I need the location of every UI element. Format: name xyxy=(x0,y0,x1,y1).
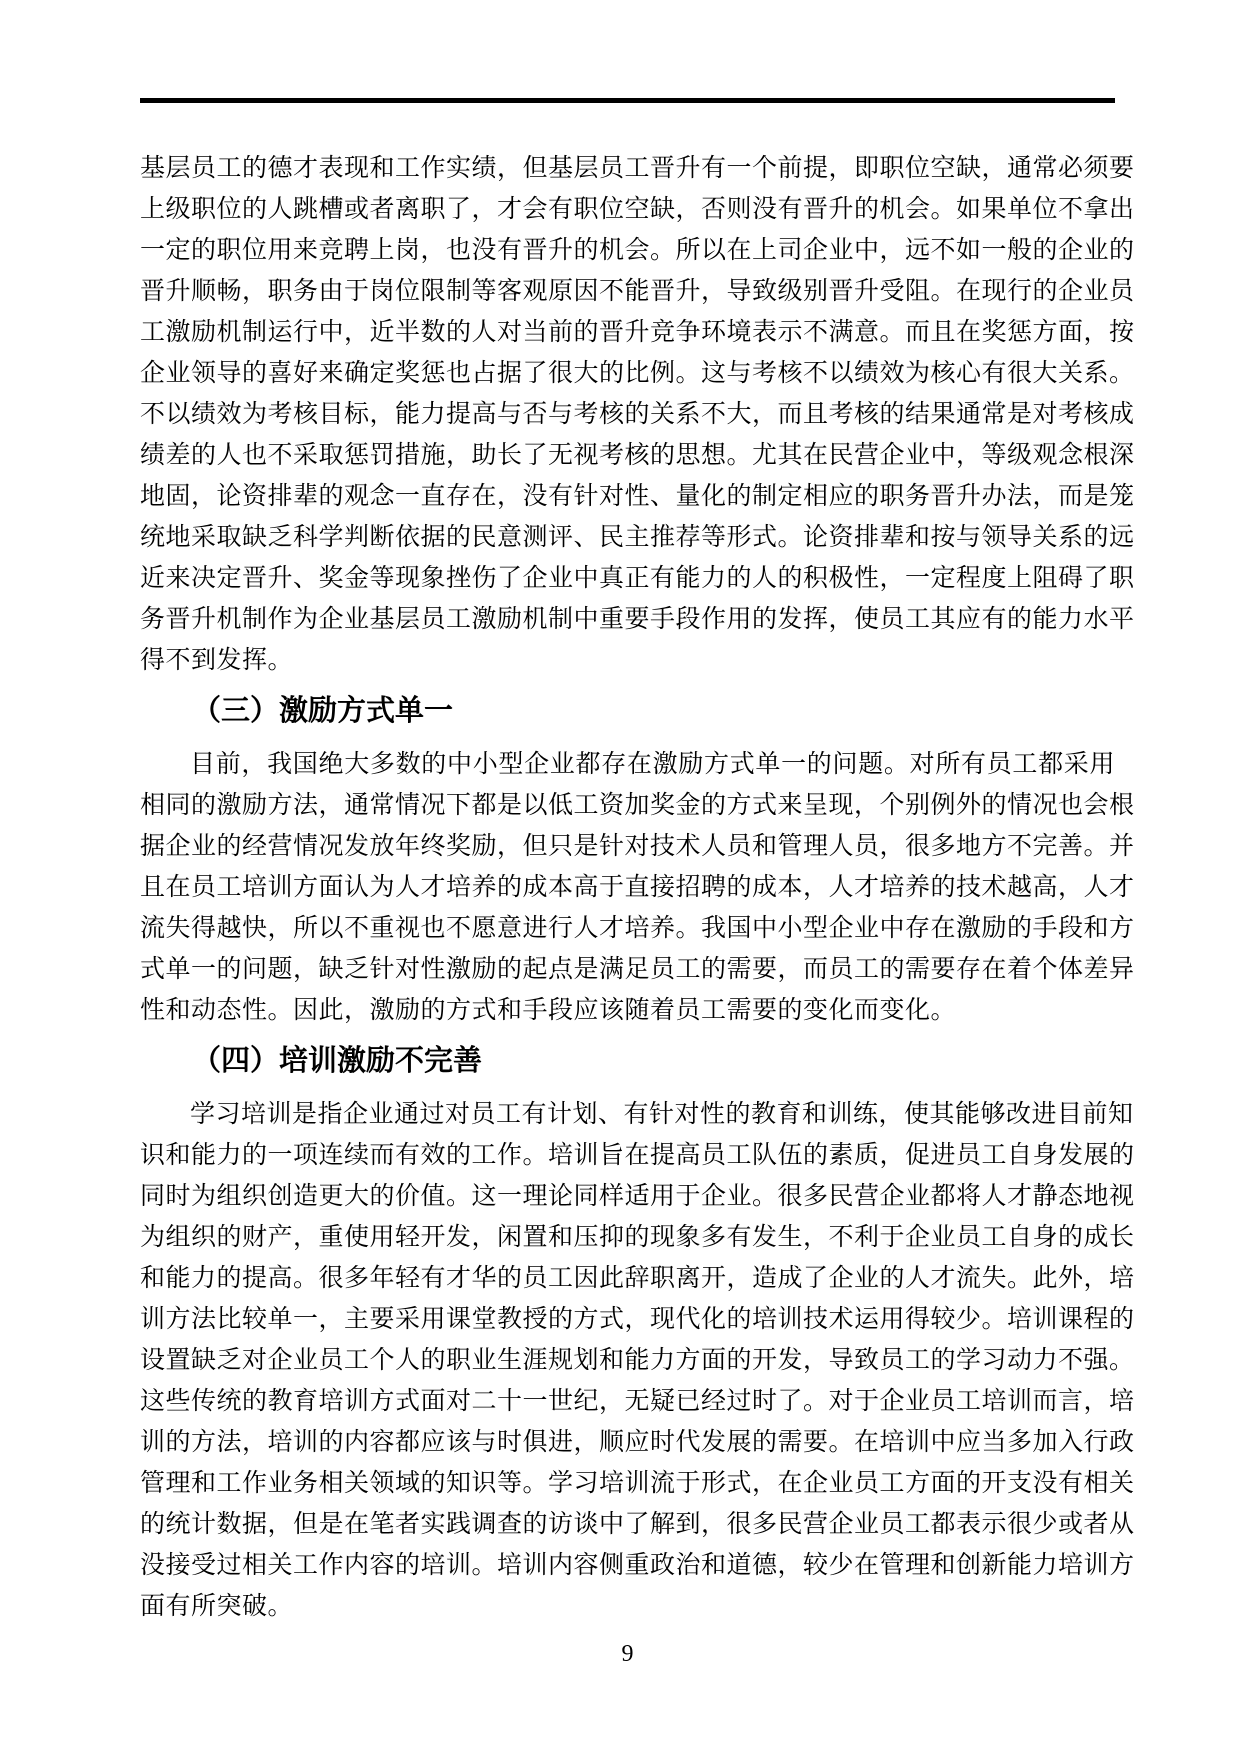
text-line: 绩差的人也不采取惩罚措施，助长了无视考核的思想。尤其在民营企业中，等级观念根深 xyxy=(140,435,1115,476)
document-body: 基层员工的德才表现和工作实绩，但基层员工晋升有一个前提，即职位空缺，通常必须要上… xyxy=(140,148,1115,1627)
text-line: 和能力的提高。很多年轻有才华的员工因此辞职离开，造成了企业的人才流失。此外，培 xyxy=(140,1258,1115,1299)
text-line: 上级职位的人跳槽或者离职了，才会有职位空缺，否则没有晋升的机会。如果单位不拿出 xyxy=(140,189,1115,230)
paragraph: 目前，我国绝大多数的中小型企业都存在激励方式单一的问题。对所有员工都采用相同的激… xyxy=(140,744,1115,1031)
text-line: 为组织的财产，重使用轻开发，闲置和压抑的现象多有发生，不利于企业员工自身的成长 xyxy=(140,1217,1115,1258)
paragraph: 学习培训是指企业通过对员工有计划、有针对性的教育和训练，使其能够改进目前知识和能… xyxy=(140,1094,1115,1627)
text-line: 训方法比较单一，主要采用课堂教授的方式，现代化的培训技术运用得较少。培训课程的 xyxy=(140,1299,1115,1340)
text-line: 企业领导的喜好来确定奖惩也占据了很大的比例。这与考核不以绩效为核心有很大关系。 xyxy=(140,353,1115,394)
content-column: 基层员工的德才表现和工作实绩，但基层员工晋升有一个前提，即职位空缺，通常必须要上… xyxy=(140,0,1115,1671)
text-line: 面有所突破。 xyxy=(140,1586,1115,1627)
text-line: 识和能力的一项连续而有效的工作。培训旨在提高员工队伍的素质，促进员工自身发展的 xyxy=(140,1135,1115,1176)
text-line: 务晋升机制作为企业基层员工激励机制中重要手段作用的发挥，使员工其应有的能力水平 xyxy=(140,599,1115,640)
text-line: 基层员工的德才表现和工作实绩，但基层员工晋升有一个前提，即职位空缺，通常必须要 xyxy=(140,148,1115,189)
text-line: 得不到发挥。 xyxy=(140,640,1115,681)
text-line: 不以绩效为考核目标，能力提高与否与考核的关系不大，而且考核的结果通常是对考核成 xyxy=(140,394,1115,435)
paragraph: 基层员工的德才表现和工作实绩，但基层员工晋升有一个前提，即职位空缺，通常必须要上… xyxy=(140,148,1115,681)
text-line: 地固，论资排辈的观念一直存在，没有针对性、量化的制定相应的职务晋升办法，而是笼 xyxy=(140,476,1115,517)
text-line: 晋升顺畅，职务由于岗位限制等客观原因不能晋升，导致级别晋升受阻。在现行的企业员 xyxy=(140,271,1115,312)
text-line: 相同的激励方法，通常情况下都是以低工资加奖金的方式来呈现，个别例外的情况也会根 xyxy=(140,785,1115,826)
header-rule xyxy=(140,98,1115,103)
section-heading: （四）培训激励不完善 xyxy=(192,1041,1115,1082)
text-line: 一定的职位用来竞聘上岗，也没有晋升的机会。所以在上司企业中，远不如一般的企业的 xyxy=(140,230,1115,271)
text-line: 学习培训是指企业通过对员工有计划、有针对性的教育和训练，使其能够改进目前知 xyxy=(140,1094,1115,1135)
text-line: 目前，我国绝大多数的中小型企业都存在激励方式单一的问题。对所有员工都采用 xyxy=(140,744,1115,785)
text-line: 同时为组织创造更大的价值。这一理论同样适用于企业。很多民营企业都将人才静态地视 xyxy=(140,1176,1115,1217)
text-line: 没接受过相关工作内容的培训。培训内容侧重政治和道德，较少在管理和创新能力培训方 xyxy=(140,1545,1115,1586)
text-line: 训的方法，培训的内容都应该与时俱进，顺应时代发展的需要。在培训中应当多加入行政 xyxy=(140,1422,1115,1463)
section-heading: （三）激励方式单一 xyxy=(192,691,1115,732)
text-line: 近来决定晋升、奖金等现象挫伤了企业中真正有能力的人的积极性，一定程度上阻碍了职 xyxy=(140,558,1115,599)
text-line: 性和动态性。因此，激励的方式和手段应该随着员工需要的变化而变化。 xyxy=(140,990,1115,1031)
text-line: 式单一的问题，缺乏针对性激励的起点是满足员工的需要，而员工的需要存在着个体差异 xyxy=(140,949,1115,990)
text-line: 工激励机制运行中，近半数的人对当前的晋升竞争环境表示不满意。而且在奖惩方面，按 xyxy=(140,312,1115,353)
text-line: 流失得越快，所以不重视也不愿意进行人才培养。我国中小型企业中存在激励的手段和方 xyxy=(140,908,1115,949)
text-line: 管理和工作业务相关领域的知识等。学习培训流于形式，在企业员工方面的开支没有相关 xyxy=(140,1463,1115,1504)
text-line: 且在员工培训方面认为人才培养的成本高于直接招聘的成本，人才培养的技术越高，人才 xyxy=(140,867,1115,908)
page-number: 9 xyxy=(140,1637,1115,1671)
text-line: 据企业的经营情况发放年终奖励，但只是针对技术人员和管理人员，很多地方不完善。并 xyxy=(140,826,1115,867)
text-line: 这些传统的教育培训方式面对二十一世纪，无疑已经过时了。对于企业员工培训而言，培 xyxy=(140,1381,1115,1422)
document-page: 基层员工的德才表现和工作实绩，但基层员工晋升有一个前提，即职位空缺，通常必须要上… xyxy=(0,0,1241,1754)
text-line: 统地采取缺乏科学判断依据的民意测评、民主推荐等形式。论资排辈和按与领导关系的远 xyxy=(140,517,1115,558)
text-line: 的统计数据，但是在笔者实践调查的访谈中了解到，很多民营企业员工都表示很少或者从 xyxy=(140,1504,1115,1545)
text-line: 设置缺乏对企业员工个人的职业生涯规划和能力方面的开发，导致员工的学习动力不强。 xyxy=(140,1340,1115,1381)
